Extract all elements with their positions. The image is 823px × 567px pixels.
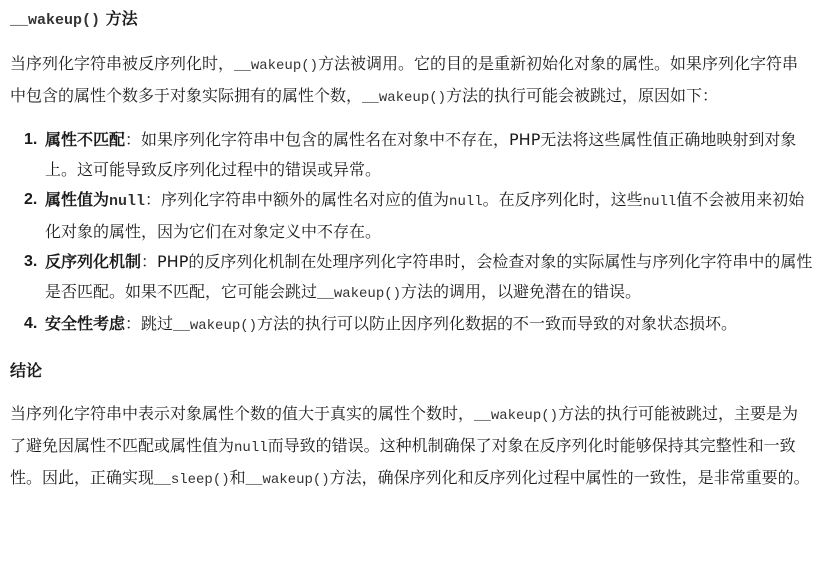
section-heading-wakeup: __wakeup() 方法 bbox=[10, 8, 813, 30]
text-span: 当序列化字符串中表示对象属性个数的值大于真实的属性个数时， bbox=[10, 404, 474, 423]
item-title: 反序列化机制 bbox=[45, 252, 141, 271]
item-title: 属性值为null bbox=[45, 190, 145, 209]
reasons-list: 1.属性不匹配：如果序列化字符串中包含的属性名在对象中不存在，PHP无法将这些属… bbox=[10, 125, 813, 341]
heading-code: __wakeup() bbox=[10, 12, 100, 29]
inline-code: null bbox=[234, 440, 268, 456]
list-item: 4.安全性考虑：跳过__wakeup()方法的执行可以防止因序列化数据的不一致而… bbox=[45, 309, 813, 341]
text-span: 方法的执行可能会被跳过，原因如下： bbox=[446, 86, 718, 105]
text-span: 。在反序列化时，这些 bbox=[483, 190, 643, 209]
list-number: 2. bbox=[24, 185, 37, 215]
text-span: 当序列化字符串被反序列化时， bbox=[10, 54, 234, 73]
heading-text: 方法 bbox=[100, 9, 138, 28]
conclusion-paragraph: 当序列化字符串中表示对象属性个数的值大于真实的属性个数时，__wakeup()方… bbox=[10, 399, 813, 495]
text-span: ：序列化字符串中额外的属性名对应的值为 bbox=[145, 190, 449, 209]
inline-code: __sleep() bbox=[154, 472, 230, 488]
document: __wakeup() 方法 当序列化字符串被反序列化时，__wakeup()方法… bbox=[0, 8, 823, 495]
text-span: 和 bbox=[230, 468, 246, 487]
text-span: ：如果序列化字符串中包含的属性名在对象中不存在，PHP无法将这些属性值正确地映射… bbox=[45, 130, 796, 179]
list-number: 3. bbox=[24, 247, 37, 277]
title-text: 属性值为 bbox=[45, 190, 109, 209]
item-title: 安全性考虑 bbox=[45, 314, 125, 333]
inline-code: __wakeup() bbox=[234, 58, 318, 74]
list-number: 1. bbox=[24, 125, 37, 155]
text-span: ：跳过 bbox=[125, 314, 173, 333]
inline-code: null bbox=[449, 194, 483, 210]
intro-paragraph: 当序列化字符串被反序列化时，__wakeup()方法被调用。它的目的是重新初始化… bbox=[10, 49, 813, 113]
section-heading-conclusion: 结论 bbox=[10, 360, 813, 382]
title-code: null bbox=[109, 193, 145, 210]
inline-code: __wakeup() bbox=[362, 90, 446, 106]
list-item: 1.属性不匹配：如果序列化字符串中包含的属性名在对象中不存在，PHP无法将这些属… bbox=[45, 125, 813, 185]
inline-code: __wakeup() bbox=[173, 318, 257, 334]
inline-code: __wakeup() bbox=[246, 472, 330, 488]
inline-code: __wakeup() bbox=[317, 286, 401, 302]
item-title: 属性不匹配 bbox=[45, 130, 125, 149]
list-item: 3.反序列化机制：PHP的反序列化机制在处理序列化字符串时，会检查对象的实际属性… bbox=[45, 247, 813, 309]
inline-code: null bbox=[643, 194, 677, 210]
text-span: 方法的执行可以防止因序列化数据的不一致而导致的对象状态损坏。 bbox=[257, 314, 737, 333]
list-item: 2.属性值为null：序列化字符串中额外的属性名对应的值为null。在反序列化时… bbox=[45, 185, 813, 247]
inline-code: __wakeup() bbox=[474, 408, 558, 424]
list-number: 4. bbox=[24, 309, 37, 339]
text-span: 方法的调用，以避免潜在的错误。 bbox=[401, 282, 641, 301]
text-span: 方法，确保序列化和反序列化过程中属性的一致性，是非常重要的。 bbox=[330, 468, 810, 487]
